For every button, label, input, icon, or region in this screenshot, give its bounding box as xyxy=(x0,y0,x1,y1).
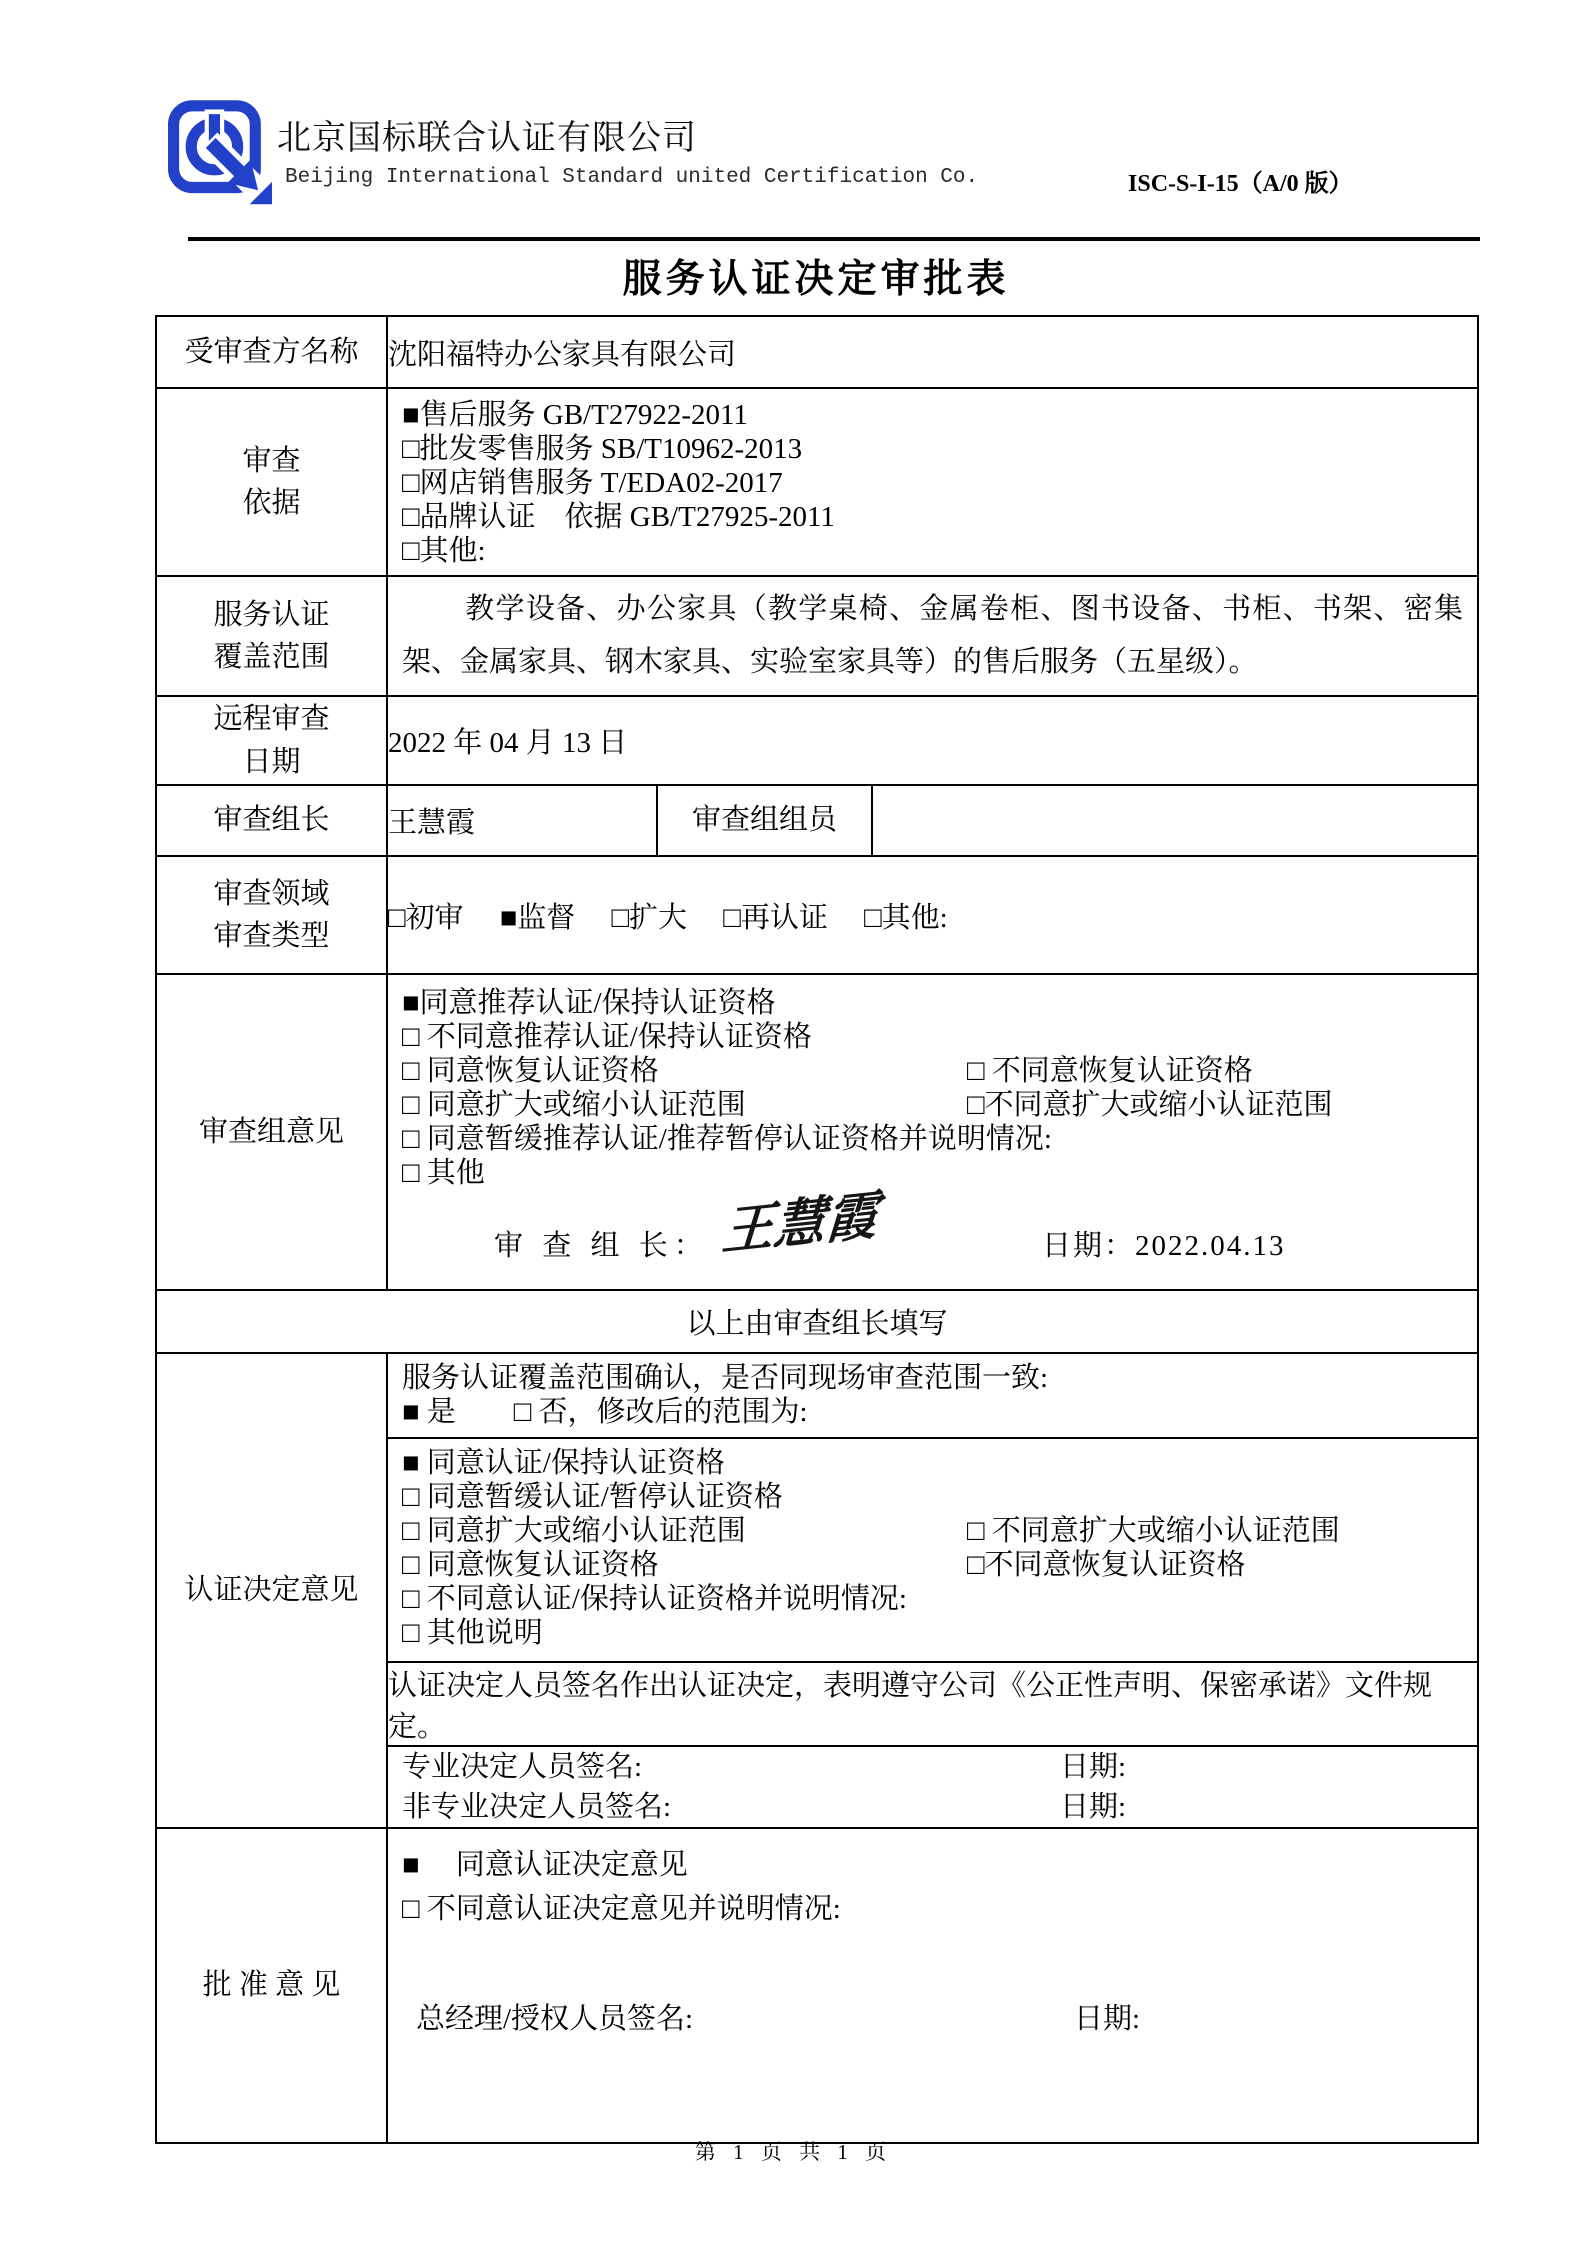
opinion-sign-label: 审 查 组 长： xyxy=(494,1223,709,1264)
team-opinion-label: 审查组意见 xyxy=(156,974,387,1290)
team-member-label: 审查组组员 xyxy=(657,785,872,856)
decision-label: 认证决定意见 xyxy=(156,1353,387,1828)
remote-date-label-line2: 日期 xyxy=(157,741,386,783)
field-type-label-line1: 审查领域 xyxy=(157,873,386,915)
decision-disapprove: □ 不同意认证/保持认证资格并说明情况: xyxy=(402,1581,1477,1615)
row-field-type: 审查领域 审查类型 □初审 ■监督 □扩大 □再认证 □其他: xyxy=(156,856,1478,974)
scope-label-line2: 覆盖范围 xyxy=(157,636,386,678)
scope-label-line1: 服务认证 xyxy=(157,594,386,636)
pro-sign-date: 日期: xyxy=(1060,1747,1126,1787)
row-auditee: 受审查方名称 沈阳福特办公家具有限公司 xyxy=(156,316,1478,388)
decision-restore: □ 同意恢复认证资格 xyxy=(402,1549,659,1581)
decision-restore-line: □ 同意恢复认证资格 □不同意恢复认证资格 xyxy=(402,1547,1477,1581)
remote-date-value: 2022 年 04 月 13 日 xyxy=(387,696,1478,785)
middle-note: 以上由审查组长填写 xyxy=(156,1290,1478,1353)
row-remote-date: 远程审查 日期 2022 年 04 月 13 日 xyxy=(156,696,1478,785)
scope-label: 服务认证 覆盖范围 xyxy=(156,576,387,696)
row-decision-confirm: 认证决定意见 服务认证覆盖范围确认，是否同现场审查范围一致: ■ 是 □ 否，修… xyxy=(156,1353,1478,1438)
opinion-not-restore: □ 不同意恢复认证资格 xyxy=(967,1053,1253,1089)
nonpro-sign-label: 非专业决定人员签名: xyxy=(402,1791,671,1823)
decision-suspend: □ 同意暂缓认证/暂停认证资格 xyxy=(402,1479,1477,1513)
row-team: 审查组长 王慧霞 审查组组员 xyxy=(156,785,1478,856)
nonpro-sign-date: 日期: xyxy=(1060,1787,1126,1827)
row-middle-note: 以上由审查组长填写 xyxy=(156,1290,1478,1353)
opinion-not-expand: □不同意扩大或缩小认证范围 xyxy=(967,1087,1333,1123)
decision-confirm-answer: ■ 是 □ 否，修改后的范围为: xyxy=(402,1394,1477,1428)
decision-other: □ 其他说明 xyxy=(402,1615,1477,1649)
gm-sign-line: 总经理/授权人员签名: 日期: xyxy=(402,1999,1477,2039)
remote-date-label: 远程审查 日期 xyxy=(156,696,387,785)
opinion-expand: □ 同意扩大或缩小认证范围 xyxy=(402,1089,746,1121)
decision-statement: 认证决定人员签名作出认证决定，表明遵守公司《公正性声明、保密承诺》文件规定。 xyxy=(387,1662,1478,1746)
decision-not-expand: □ 不同意扩大或缩小认证范围 xyxy=(967,1513,1340,1549)
scope-value: 教学设备、办公家具（教学桌椅、金属卷柜、图书设备、书柜、书架、密集架、金属家具、… xyxy=(388,577,1477,695)
document-code: ISC-S-I-15（A/0 版） xyxy=(1128,163,1353,198)
row-team-opinion: 审查组意见 ■同意推荐认证/保持认证资格 □ 不同意推荐认证/保持认证资格 □ … xyxy=(156,974,1478,1290)
team-member-value xyxy=(872,785,1478,856)
opinion-expand-line: □ 同意扩大或缩小认证范围 □不同意扩大或缩小认证范围 xyxy=(402,1087,1477,1121)
auditee-value: 沈阳福特办公家具有限公司 xyxy=(387,316,1478,388)
approval-blank-space xyxy=(402,1931,1477,1999)
basis-label-line1: 审查 xyxy=(157,440,386,482)
field-type-label: 审查领域 审查类型 xyxy=(156,856,387,974)
row-basis: 审查 依据 ■售后服务 GB/T27922-2011 □批发零售服务 SB/T1… xyxy=(156,388,1478,576)
document-page: 北京国标联合认证有限公司 Beijing International Stand… xyxy=(0,0,1587,2245)
opinion-not-recommend: □ 不同意推荐认证/保持认证资格 xyxy=(402,1019,1477,1053)
team-leader-value: 王慧霞 xyxy=(387,785,657,856)
approval-agree: ■ 同意认证决定意见 xyxy=(402,1843,1477,1887)
row-approval: 批 准 意 见 ■ 同意认证决定意见 □ 不同意认证决定意见并说明情况: 总经理… xyxy=(156,1828,1478,2143)
page-title: 服务认证决定审批表 xyxy=(155,248,1477,304)
field-type-label-line2: 审查类型 xyxy=(157,915,386,957)
pro-sign-line: 专业决定人员签名: 日期: xyxy=(388,1747,1477,1787)
opinion-sign-date: 日期：2022.04.13 xyxy=(1042,1223,1286,1264)
team-leader-label: 审查组长 xyxy=(156,785,387,856)
opinion-recommend: ■同意推荐认证/保持认证资格 xyxy=(402,985,1477,1019)
opinion-suspend: □ 同意暂缓推荐认证/推荐暂停认证资格并说明情况: xyxy=(402,1121,1477,1155)
remote-date-label-line1: 远程审查 xyxy=(157,698,386,740)
header-divider xyxy=(188,237,1480,241)
field-type-options: □初审 ■监督 □扩大 □再认证 □其他: xyxy=(387,856,1478,974)
leader-signature: 王慧霞 xyxy=(720,1172,880,1264)
approval-form-table: 受审查方名称 沈阳福特办公家具有限公司 审查 依据 ■售后服务 GB/T2792… xyxy=(155,315,1479,2144)
decision-expand-line: □ 同意扩大或缩小认证范围 □ 不同意扩大或缩小认证范围 xyxy=(402,1513,1477,1547)
opinion-sign-line: 审 查 组 长： 王慧霞 日期：2022.04.13 xyxy=(402,1195,1477,1281)
basis-option-aftersale: ■售后服务 GB/T27922-2011 xyxy=(402,397,1477,431)
opinion-restore: □ 同意恢复认证资格 xyxy=(402,1055,659,1087)
basis-label: 审查 依据 xyxy=(156,388,387,576)
gm-sign-label: 总经理/授权人员签名: xyxy=(416,2003,693,2035)
basis-label-line2: 依据 xyxy=(157,482,386,524)
basis-option-brand: □品牌认证 依据 GB/T27925-2011 xyxy=(402,499,1477,533)
approval-label: 批 准 意 见 xyxy=(156,1828,387,2143)
auditee-label: 受审查方名称 xyxy=(156,316,387,388)
scope-text: 教学设备、办公家具（教学桌椅、金属卷柜、图书设备、书柜、书架、密集架、金属家具、… xyxy=(402,593,1463,678)
gm-sign-date: 日期: xyxy=(1074,1999,1140,2039)
page-number: 第 1 页 共 1 页 xyxy=(0,2136,1587,2166)
company-logo-icon xyxy=(168,96,272,214)
decision-expand: □ 同意扩大或缩小认证范围 xyxy=(402,1515,746,1547)
opinion-restore-line: □ 同意恢复认证资格 □ 不同意恢复认证资格 xyxy=(402,1053,1477,1087)
basis-option-wholesale: □批发零售服务 SB/T10962-2013 xyxy=(402,431,1477,465)
decision-confirm-question: 服务认证覆盖范围确认，是否同现场审查范围一致: xyxy=(402,1360,1477,1394)
row-scope: 服务认证 覆盖范围 教学设备、办公家具（教学桌椅、金属卷柜、图书设备、书柜、书架… xyxy=(156,576,1478,696)
approval-disagree: □ 不同意认证决定意见并说明情况: xyxy=(402,1887,1477,1931)
basis-option-onlineshop: □网店销售服务 T/EDA02-2017 xyxy=(402,465,1477,499)
decision-not-restore: □不同意恢复认证资格 xyxy=(967,1547,1246,1583)
nonpro-sign-line: 非专业决定人员签名: 日期: xyxy=(388,1787,1477,1827)
basis-option-other: □其他: xyxy=(402,533,1477,567)
pro-sign-label: 专业决定人员签名: xyxy=(402,1751,642,1783)
decision-approve: ■ 同意认证/保持认证资格 xyxy=(402,1445,1477,1479)
opinion-other: □ 其他 xyxy=(402,1155,1477,1189)
company-name-en: Beijing International Standard united Ce… xyxy=(285,166,978,189)
company-name-cn: 北京国标联合认证有限公司 xyxy=(277,110,697,159)
